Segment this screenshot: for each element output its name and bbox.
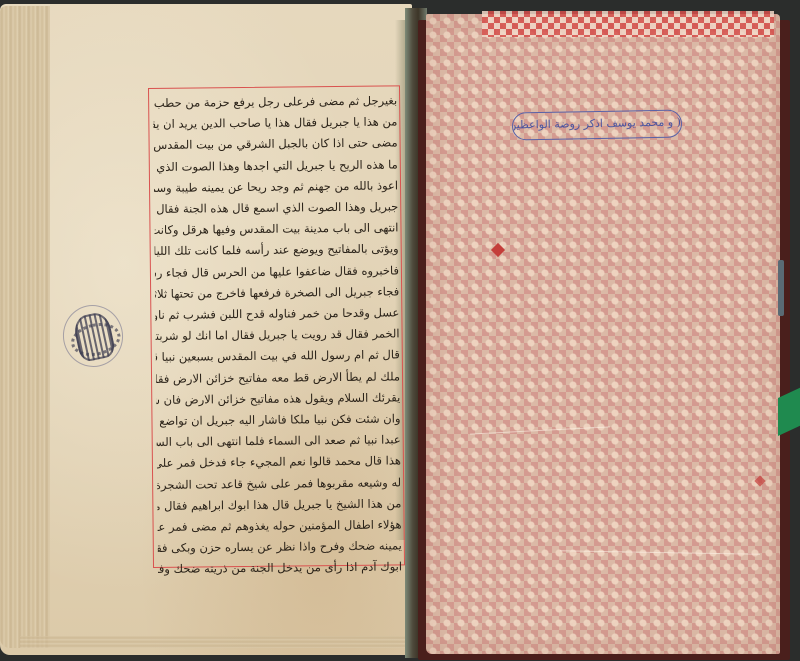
text-line: بغيرجل ثم مضى فرعلى رجل يرفع حزمة من حطب… (153, 90, 397, 114)
text-line: قال ثم ام رسول الله في بيت المقدس بسبعين… (156, 345, 400, 369)
seal-emblem (72, 311, 117, 363)
owner-inscription: ( و محمد يوسف اذکر روضة الواعظين ) (512, 110, 682, 141)
text-line: هؤلاء اطفال المؤمنين حوله يغذوهم ثم مضى … (157, 514, 401, 538)
text-line: ملك لم يطأ الارض قط معه مفاتيح خزائن الا… (156, 366, 400, 390)
text-line: الخمر فقال قد رويت يا جبريل فقال اما انك… (155, 324, 399, 348)
text-line: مضى حتى اذا كان بالجبل الشرقي من بيت الم… (153, 133, 397, 157)
bookmark-strip (778, 260, 784, 316)
text-line: ابوك آدم اذا رأى من يدخل الجنة من ذريته … (158, 557, 402, 581)
text-line: جبريل وهذا الصوت الذي اسمع قال هذه الجنة… (154, 196, 398, 220)
text-line: يقرئك السلام ويقول هذه مفاتيح خزائن الار… (156, 387, 400, 411)
page-edges (0, 6, 50, 648)
text-line: عسل وقدحا من خمر فناوله قدح اللبن فشرب ث… (155, 302, 399, 326)
text-line: اعوذ بالله من جهنم ثم وجد ريحا عن يمينه … (154, 175, 398, 199)
bottom-page-edges (20, 636, 410, 648)
text-line: ما هذه الريح يا جبريل التي اجدها وهذا ال… (154, 154, 398, 178)
text-line: فجاء جبريل الى الصخرة فرفعها فاخرج من تح… (155, 281, 399, 305)
text-block-frame: بغيرجل ثم مضى فرعلى رجل يرفع حزمة من حطب… (148, 85, 405, 568)
checkered-endband-strip (482, 11, 774, 37)
text-line: وان شئت فكن نبيا ملكا فاشار اليه جبريل ا… (156, 408, 400, 432)
text-block: بغيرجل ثم مضى فرعلى رجل يرفع حزمة من حطب… (153, 90, 402, 580)
text-line: له وشيعه مقربوها فمر على شيخ قاعد تحت ال… (157, 472, 401, 496)
text-line: من هذا الشيخ يا جبريل قال هذا ابوك ابراه… (157, 493, 401, 517)
text-line: يمينه ضحك وفرح واذا نظر عن يساره حزن وبك… (158, 536, 402, 560)
text-line: فاخبروه فقال ضاعفوا عليها من الحرس قال ف… (155, 260, 399, 284)
text-line: من هذا يا جبريل فقال هذا يا صاحب الدين ي… (153, 112, 397, 136)
text-line: عبدا نبيا ثم صعد الى السماء فلما انتهى ا… (157, 430, 401, 454)
text-line: ويؤتى بالمفاتيح ويوضع عند رأسه فلما كانت… (155, 239, 399, 263)
manuscript-scan: بغيرجل ثم مضى فرعلى رجل يرفع حزمة من حطب… (0, 0, 800, 661)
text-line: انتهى الى باب مدينة بيت المقدس وفيها هرق… (154, 218, 398, 242)
text-line: هذا قال محمد قالوا نعم المجيء جاء فدخل ف… (157, 451, 401, 475)
